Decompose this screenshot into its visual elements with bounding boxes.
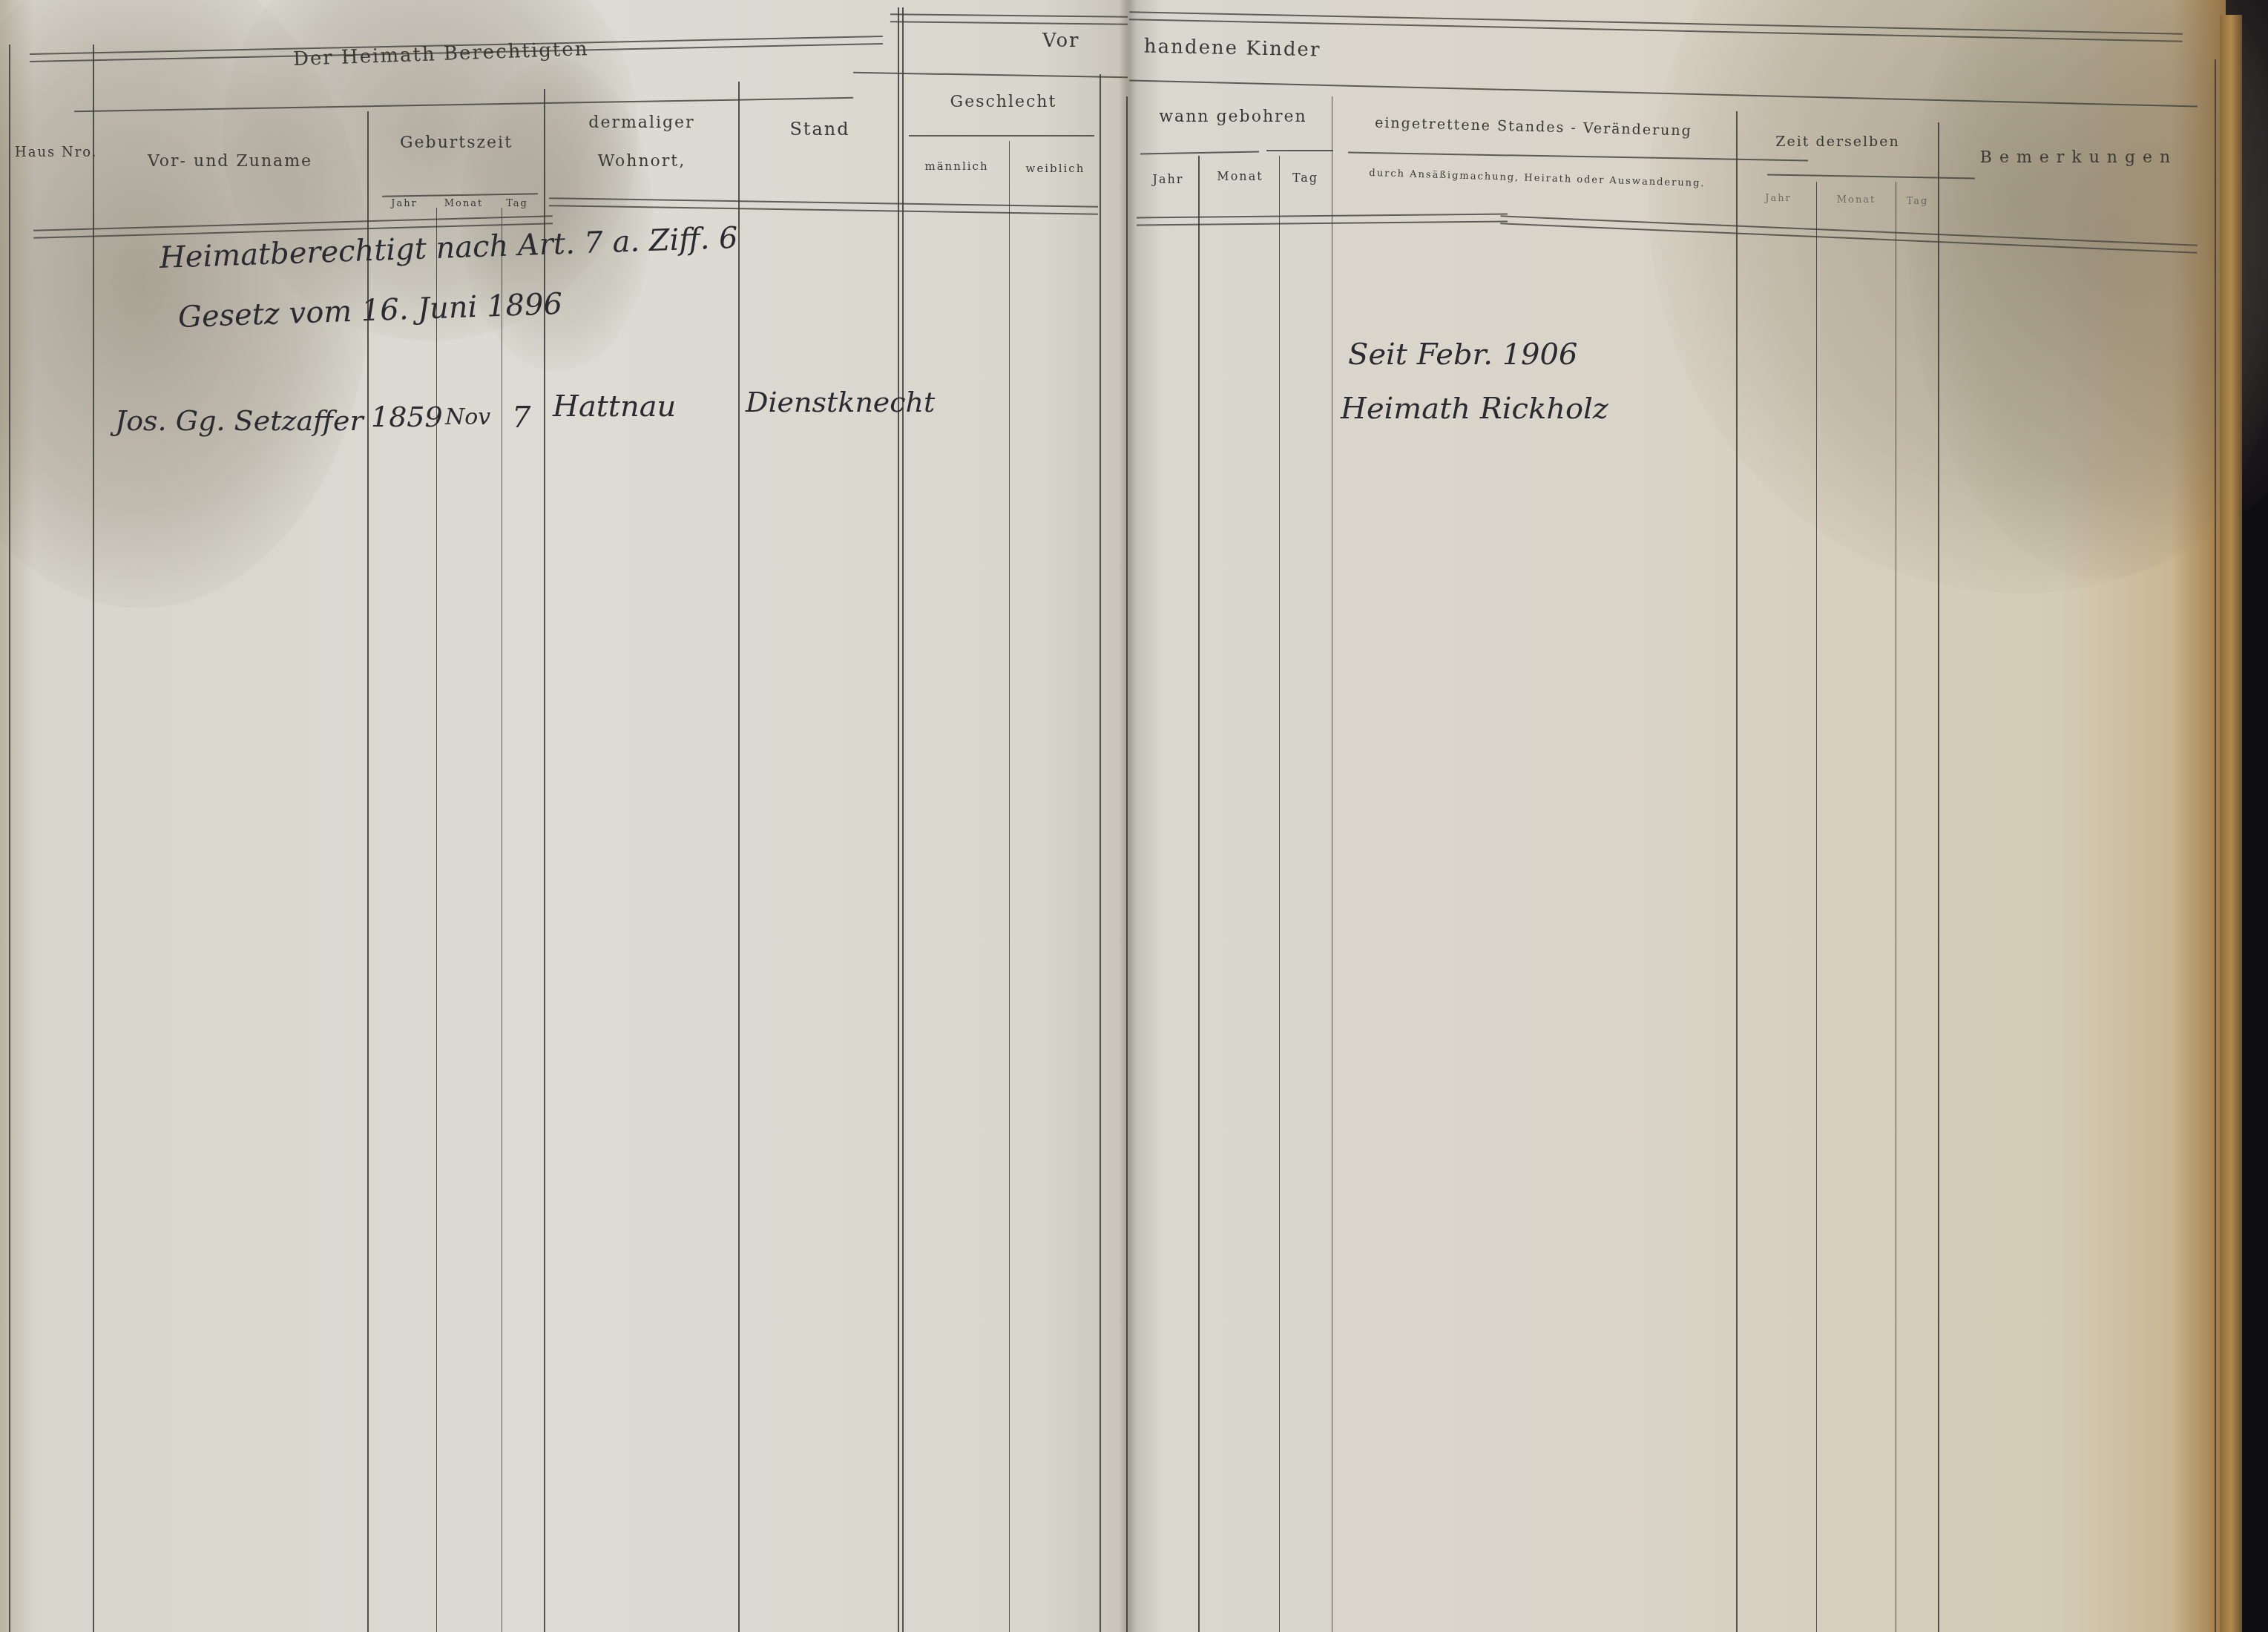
column-rule [502,208,502,1632]
header-wohnort: dermaliger Wohnort, [553,104,731,181]
header-geburtszeit-monat: Monat [438,198,490,209]
wann-sub-rule [1266,150,1333,151]
header-mid-rule [1129,79,2198,107]
entry-name: Jos. Gg. Setzaffer [115,404,364,437]
header-zeit-tag: Tag [1897,196,1938,207]
geburtszeit-sub-rule [382,193,538,197]
entry-birth-month: Nov [445,404,490,430]
entry-wohnort: Hattnau [553,389,676,424]
header-bemerkungen: Bemerkungen [1945,148,2212,167]
header-stand: Stand [746,119,894,139]
header-standes-veraenderung: eingetrettene Standes - Veränderung [1341,113,1726,140]
title-left: Der Heimath Berechtigten [293,38,589,70]
zeit-sub-rule [1767,174,1975,180]
header-geburtszeit-jahr: Jahr [386,198,423,209]
geschlecht-sub-rule [909,135,1094,136]
header-zeit-jahr: Jahr [1745,193,1812,204]
book-gutter [1119,0,1137,1632]
header-wann-gebohren: wann gebohren [1137,108,1329,126]
right-entry-line1: Seit Febr. 1906 [1348,338,1577,372]
header-zeit-derselben: Zeit derselben [1745,134,1930,150]
column-rule [1736,111,1738,1632]
header-mid-rule [74,97,853,112]
header-geschlecht: Geschlecht [909,93,1098,111]
header-zeit-monat: Monat [1819,194,1893,205]
header-name: Vor- und Zuname [104,152,356,171]
entry-birth-year: 1859 [371,401,443,433]
column-rule [1279,156,1280,1632]
column-rule [2215,59,2216,1632]
column-rule [93,45,94,1632]
header-bottom-rule [549,197,1098,215]
book-page-edge [2220,15,2242,1632]
column-rule [1009,141,1010,1632]
header-wann-monat: Monat [1201,169,1279,183]
header-haus-nro: Haus Nro. [15,145,89,160]
standes-sub-rule [1348,152,1808,162]
column-rule [1816,182,1817,1632]
wann-sub-rule [1140,151,1259,155]
header-mid-rule [853,72,1128,78]
header-geburtszeit-tag: Tag [499,198,536,209]
header-standes-sub: durch Ansäßigmachung, Heirath oder Auswa… [1352,165,1723,193]
header-bottom-rule [1500,215,2198,253]
header-top-rule [890,13,1128,24]
header-weiblich: weiblich [1013,162,1098,175]
column-rule [902,7,904,1632]
header-geburtszeit: Geburtszeit [375,134,538,152]
right-page: handene Kinder wann gebohren Jahr Monat … [1129,0,2226,1632]
entry-birth-day: 7 [512,401,530,435]
column-rule [1100,74,1101,1632]
entry-stand: Dienstknecht [746,386,935,418]
left-page: Der Heimath Berechtigten Vor Haus Nro. V… [0,0,1129,1632]
column-rule [1938,122,1939,1632]
entry-note-line2: Gesetz vom 16. Juni 1896 [177,287,562,335]
column-rule [1198,156,1200,1632]
column-rule [1332,96,1332,1632]
header-wann-jahr: Jahr [1140,172,1196,186]
column-rule [738,82,740,1632]
header-bottom-rule [1137,213,1508,226]
header-maennlich: männlich [907,159,1007,173]
column-rule [898,7,899,1632]
header-wann-tag: Tag [1281,171,1329,185]
column-rule [367,111,369,1632]
column-rule [9,45,10,1632]
water-stain [1649,0,2268,593]
title-right: handene Kinder [1144,36,1321,62]
title-left-fragment: Vor [1042,30,1079,52]
right-entry-line2: Heimath Rickholz [1341,392,1608,426]
column-rule [1896,182,1896,1632]
